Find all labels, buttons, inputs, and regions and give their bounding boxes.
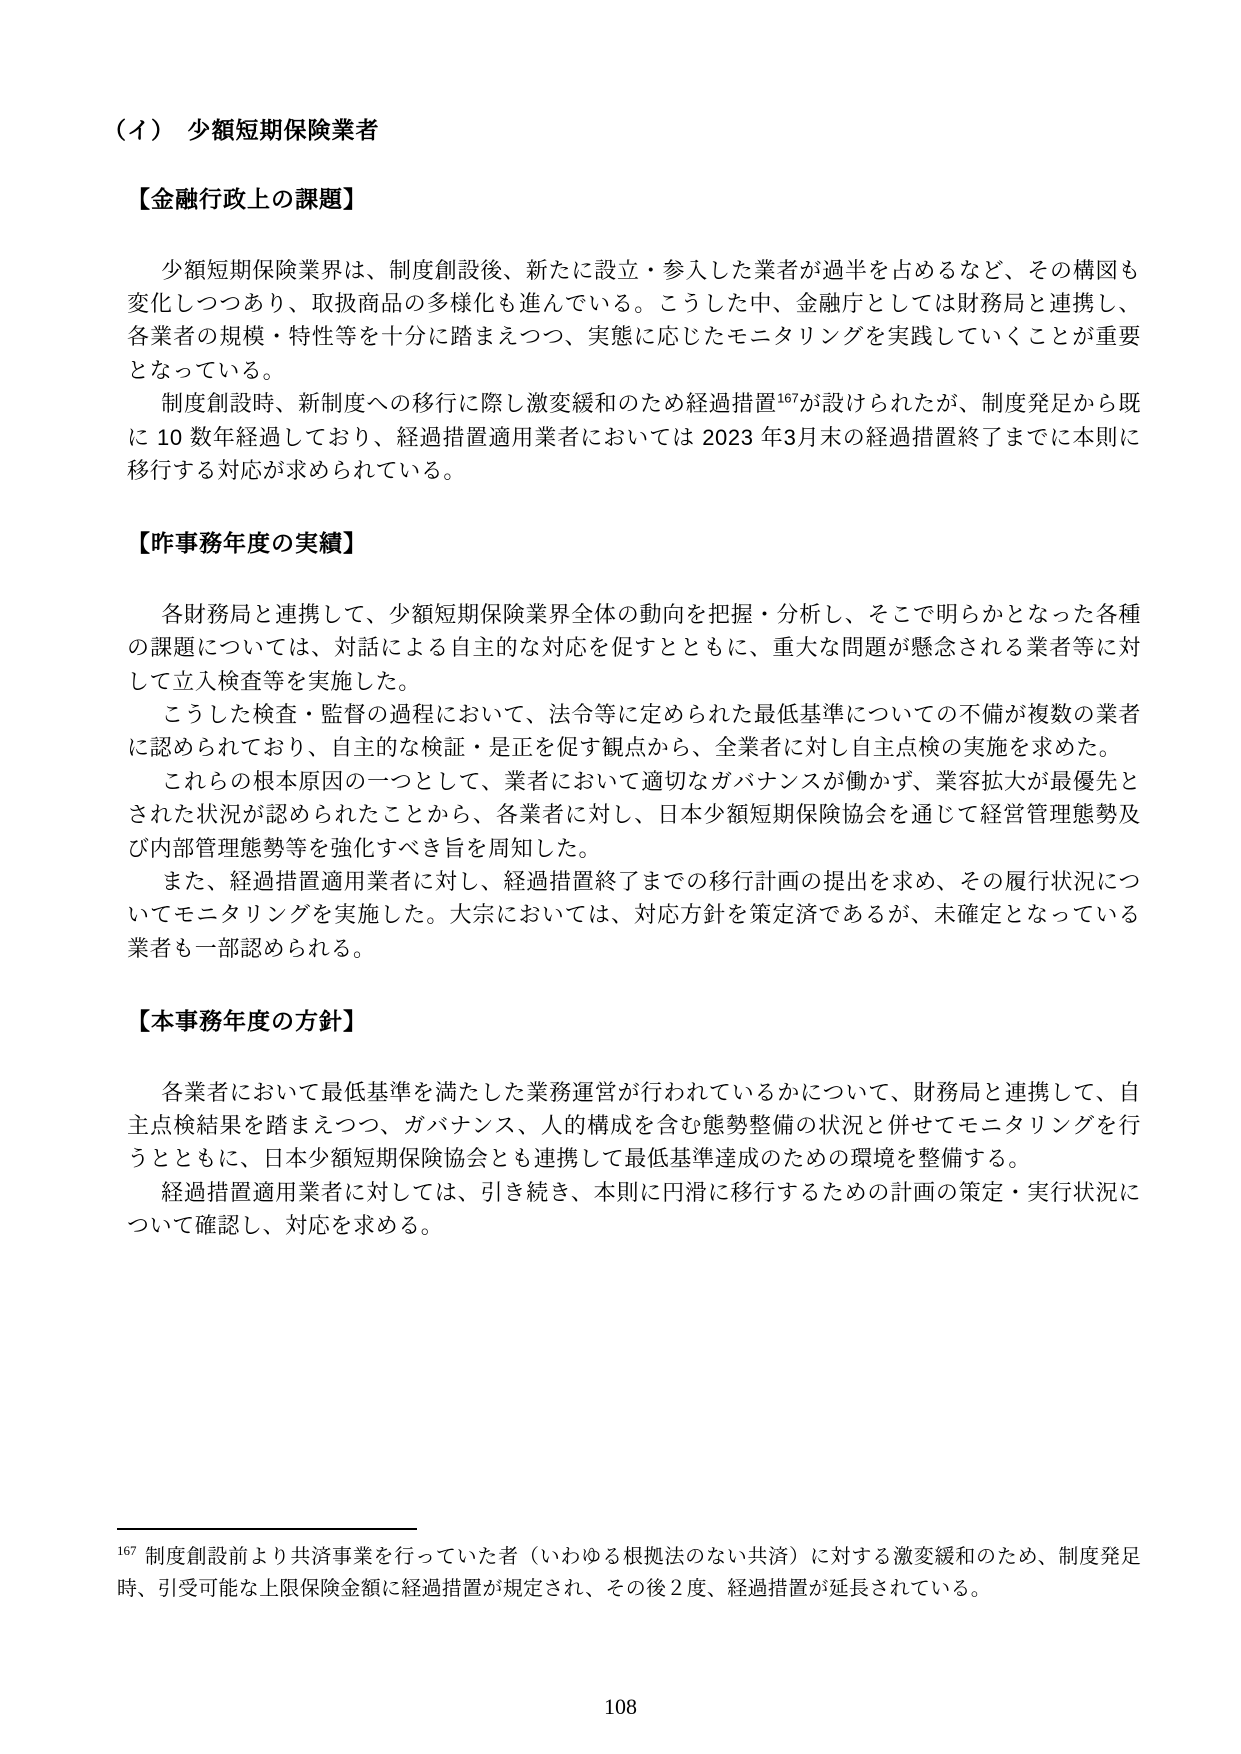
footnote-text: 制度創設前より共済事業を行っていた者（いわゆる根拠法のない共済）に対する激変緩和… bbox=[117, 1546, 1141, 1600]
footnote-number: 167 bbox=[117, 1543, 137, 1558]
paragraph-with-footnote-ref: 制度創設時、新制度への移行に際し激変緩和のため経過措置167が設けられたが、制度… bbox=[127, 387, 1141, 487]
document-page: （イ） 少額短期保険業者 【金融行政上の課題】 少額短期保険業界は、制度創設後、… bbox=[0, 0, 1241, 1754]
paragraph: こうした検査・監督の過程において、法令等に定められた最低基準についての不備が複数… bbox=[127, 698, 1141, 765]
paragraph: また、経過措置適用業者に対し、経過措置終了までの移行計画の提出を求め、その履行状… bbox=[127, 865, 1141, 965]
section-body: 各業者において最低基準を満たした業務運営が行われているかについて、財務局と連携し… bbox=[127, 1076, 1141, 1243]
section-title-policy: 【本事務年度の方針】 bbox=[127, 1009, 1141, 1034]
paragraph: 少額短期保険業界は、制度創設後、新たに設立・参入した業者が過半を占めるなど、その… bbox=[127, 254, 1141, 388]
section-body: 各財務局と連携して、少額短期保険業界全体の動向を把握・分析し、そこで明らかとなっ… bbox=[127, 598, 1141, 965]
section-body: 少額短期保険業界は、制度創設後、新たに設立・参入した業者が過半を占めるなど、その… bbox=[127, 254, 1141, 488]
footnote-separator bbox=[117, 1528, 417, 1530]
paragraph: これらの根本原因の一つとして、業者において適切なガバナンスが働かず、業容拡大が最… bbox=[127, 765, 1141, 865]
section-last-program-year-results: 【昨事務年度の実績】 各財務局と連携して、少額短期保険業界全体の動向を把握・分析… bbox=[127, 531, 1141, 965]
footnote-area: 167制度創設前より共済事業を行っていた者（いわゆる根拠法のない共済）に対する激… bbox=[117, 1528, 1141, 1605]
section-financial-administration-challenges: 【金融行政上の課題】 少額短期保険業界は、制度創設後、新たに設立・参入した業者が… bbox=[127, 187, 1141, 487]
paragraph: 各業者において最低基準を満たした業務運営が行われているかについて、財務局と連携し… bbox=[127, 1076, 1141, 1176]
paragraph: 各財務局と連携して、少額短期保険業界全体の動向を把握・分析し、そこで明らかとなっ… bbox=[127, 598, 1141, 698]
page-heading: （イ） 少額短期保険業者 bbox=[103, 118, 1141, 143]
paragraph-text: 制度創設時、新制度への移行に際し激変緩和のため経過措置 bbox=[161, 391, 777, 416]
paragraph: 経過措置適用業者に対しては、引き続き、本則に円滑に移行するための計画の策定・実行… bbox=[127, 1176, 1141, 1243]
footnote-ref-167: 167 bbox=[777, 391, 799, 406]
page-number: 108 bbox=[0, 1694, 1241, 1720]
section-this-program-year-policy: 【本事務年度の方針】 各業者において最低基準を満たした業務運営が行われているかに… bbox=[127, 1009, 1141, 1242]
section-title-challenges: 【金融行政上の課題】 bbox=[127, 187, 1141, 212]
footnote-167: 167制度創設前より共済事業を行っていた者（いわゆる根拠法のない共済）に対する激… bbox=[117, 1541, 1141, 1605]
section-title-results: 【昨事務年度の実績】 bbox=[127, 531, 1141, 556]
